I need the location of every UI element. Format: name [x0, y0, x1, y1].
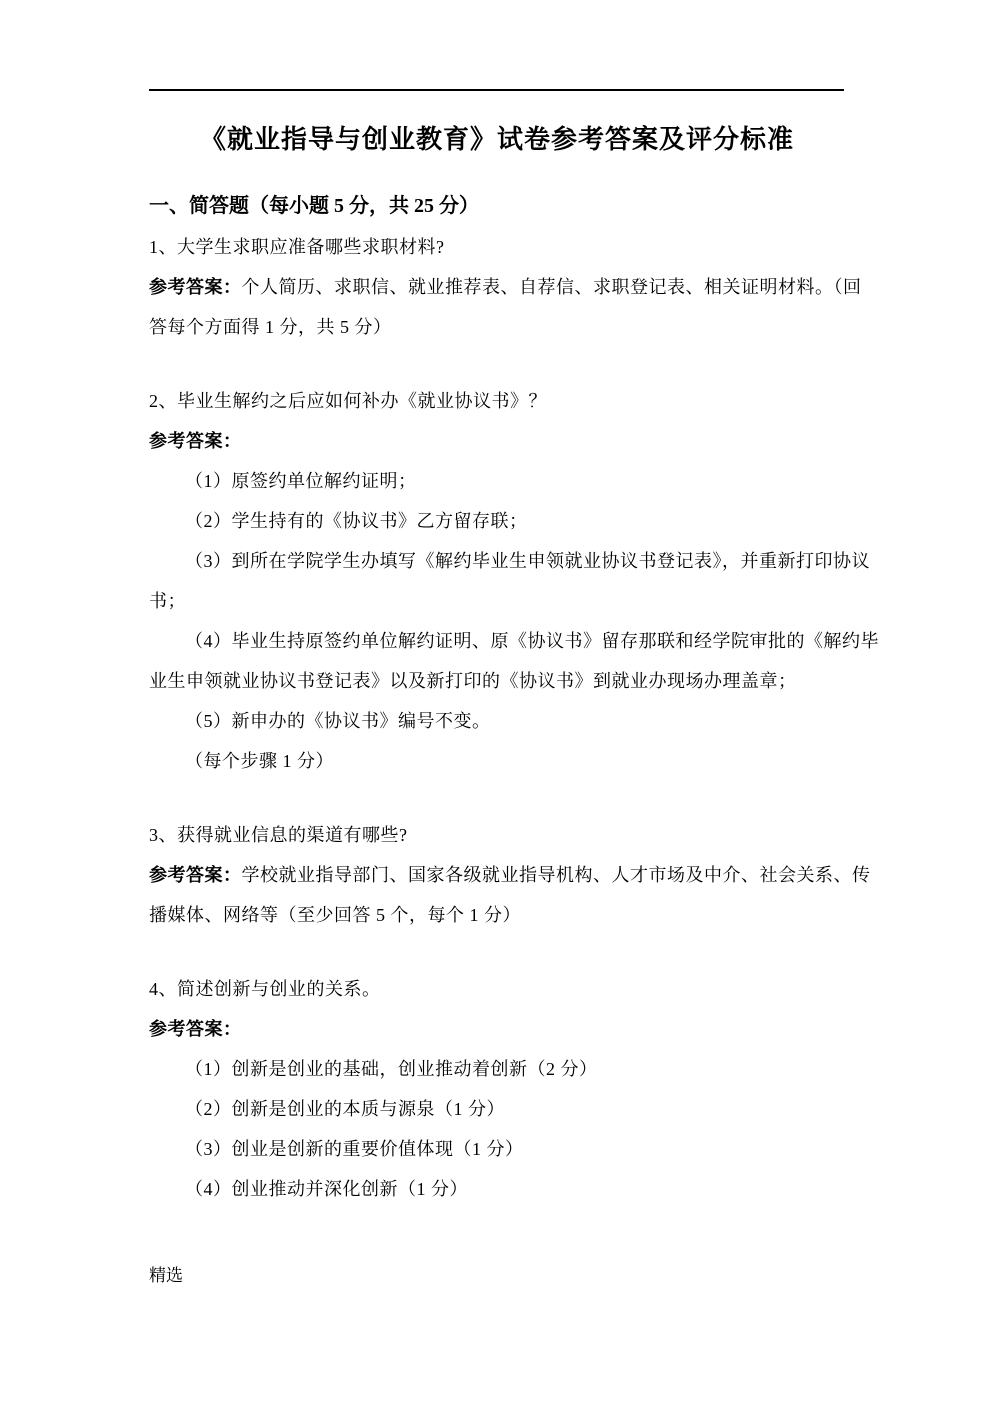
document-body: 1、大学生求职应准备哪些求职材料?参考答案：个人简历、求职信、就业推荐表、自荐信…: [149, 227, 845, 1209]
list-item: （1）创新是创业的基础，创业推动着创新（2 分）: [149, 1049, 845, 1089]
text-line: 书；: [149, 581, 845, 621]
text-line: 1、大学生求职应准备哪些求职材料?: [149, 227, 845, 267]
list-item: （4）创业推动并深化创新（1 分）: [149, 1169, 845, 1209]
text-line: 参考答案：: [149, 421, 845, 461]
text-line: （1）创新是创业的基础，创业推动着创新（2 分）: [149, 1049, 845, 1089]
text-line: （2）创新是创业的本质与源泉（1 分）: [149, 1089, 845, 1129]
text-line: （4）毕业生持原签约单位解约证明、原《协议书》留存那联和经学院审批的《解约毕: [149, 621, 845, 661]
text-line: 业生申领就业协议书登记表》以及新打印的《协议书》到就业办现场办理盖章；: [149, 661, 845, 701]
list-item: （5）新申办的《协议书》编号不变。: [149, 701, 845, 741]
paragraph-spacer: [149, 781, 845, 815]
text-line: （3）创业是创新的重要价值体现（1 分）: [149, 1129, 845, 1169]
text-line: （3）到所在学院学生办填写《解约毕业生申领就业协议书登记表》，并重新打印协议: [149, 541, 845, 581]
answer-paragraph: 参考答案：学校就业指导部门、国家各级就业指导机构、人才市场及中介、社会关系、传播…: [149, 855, 845, 935]
text-line: 答每个方面得 1 分，共 5 分）: [149, 307, 845, 347]
text-line: （1）原签约单位解约证明；: [149, 461, 845, 501]
question-line: 1、大学生求职应准备哪些求职材料?: [149, 227, 845, 267]
document-page: 《就业指导与创业教育》试卷参考答案及评分标准 一、简答题（每小题 5 分，共 2…: [0, 0, 993, 1404]
text-line: 参考答案：学校就业指导部门、国家各级就业指导机构、人才市场及中介、社会关系、传: [149, 855, 845, 895]
text-line: （2）学生持有的《协议书》乙方留存联；: [149, 501, 845, 541]
list-item: （4）毕业生持原签约单位解约证明、原《协议书》留存那联和经学院审批的《解约毕业生…: [149, 621, 845, 701]
text-line: 参考答案：个人简历、求职信、就业推荐表、自荐信、求职登记表、相关证明材料。（回: [149, 267, 845, 307]
answer-paragraph: 参考答案：: [149, 421, 845, 461]
question-line: 3、获得就业信息的渠道有哪些?: [149, 815, 845, 855]
text-line: （每个步骤 1 分）: [149, 741, 845, 781]
text-line: 2、毕业生解约之后应如何补办《就业协议书》？: [149, 381, 845, 421]
list-item: （每个步骤 1 分）: [149, 741, 845, 781]
list-item: （1）原签约单位解约证明；: [149, 461, 845, 501]
answer-label: 参考答案：: [149, 431, 242, 451]
text-line: （5）新申办的《协议书》编号不变。: [149, 701, 845, 741]
footer-label: 精选: [149, 1256, 183, 1296]
answer-label: 参考答案：: [149, 1019, 242, 1039]
document-title: 《就业指导与创业教育》试卷参考答案及评分标准: [149, 118, 845, 162]
section-heading: 一、简答题（每小题 5 分，共 25 分）: [149, 194, 845, 218]
paragraph-spacer: [149, 347, 845, 381]
answer-paragraph: 参考答案：: [149, 1009, 845, 1049]
text-line: 参考答案：: [149, 1009, 845, 1049]
list-item: （3）创业是创新的重要价值体现（1 分）: [149, 1129, 845, 1169]
question-line: 4、简述创新与创业的关系。: [149, 969, 845, 1009]
text-line: 4、简述创新与创业的关系。: [149, 969, 845, 1009]
list-item: （2）学生持有的《协议书》乙方留存联；: [149, 501, 845, 541]
page-content: 《就业指导与创业教育》试卷参考答案及评分标准 一、简答题（每小题 5 分，共 2…: [149, 0, 845, 1209]
answer-paragraph: 参考答案：个人简历、求职信、就业推荐表、自荐信、求职登记表、相关证明材料。（回答…: [149, 267, 845, 347]
answer-label: 参考答案：: [149, 865, 242, 885]
list-item: （3）到所在学院学生办填写《解约毕业生申领就业协议书登记表》，并重新打印协议书；: [149, 541, 845, 621]
list-item: （2）创新是创业的本质与源泉（1 分）: [149, 1089, 845, 1129]
text-line: 3、获得就业信息的渠道有哪些?: [149, 815, 845, 855]
paragraph-spacer: [149, 935, 845, 969]
text-line: 播媒体、网络等（至少回答 5 个，每个 1 分）: [149, 895, 845, 935]
question-line: 2、毕业生解约之后应如何补办《就业协议书》？: [149, 381, 845, 421]
text-line: （4）创业推动并深化创新（1 分）: [149, 1169, 845, 1209]
answer-label: 参考答案：: [149, 277, 242, 297]
